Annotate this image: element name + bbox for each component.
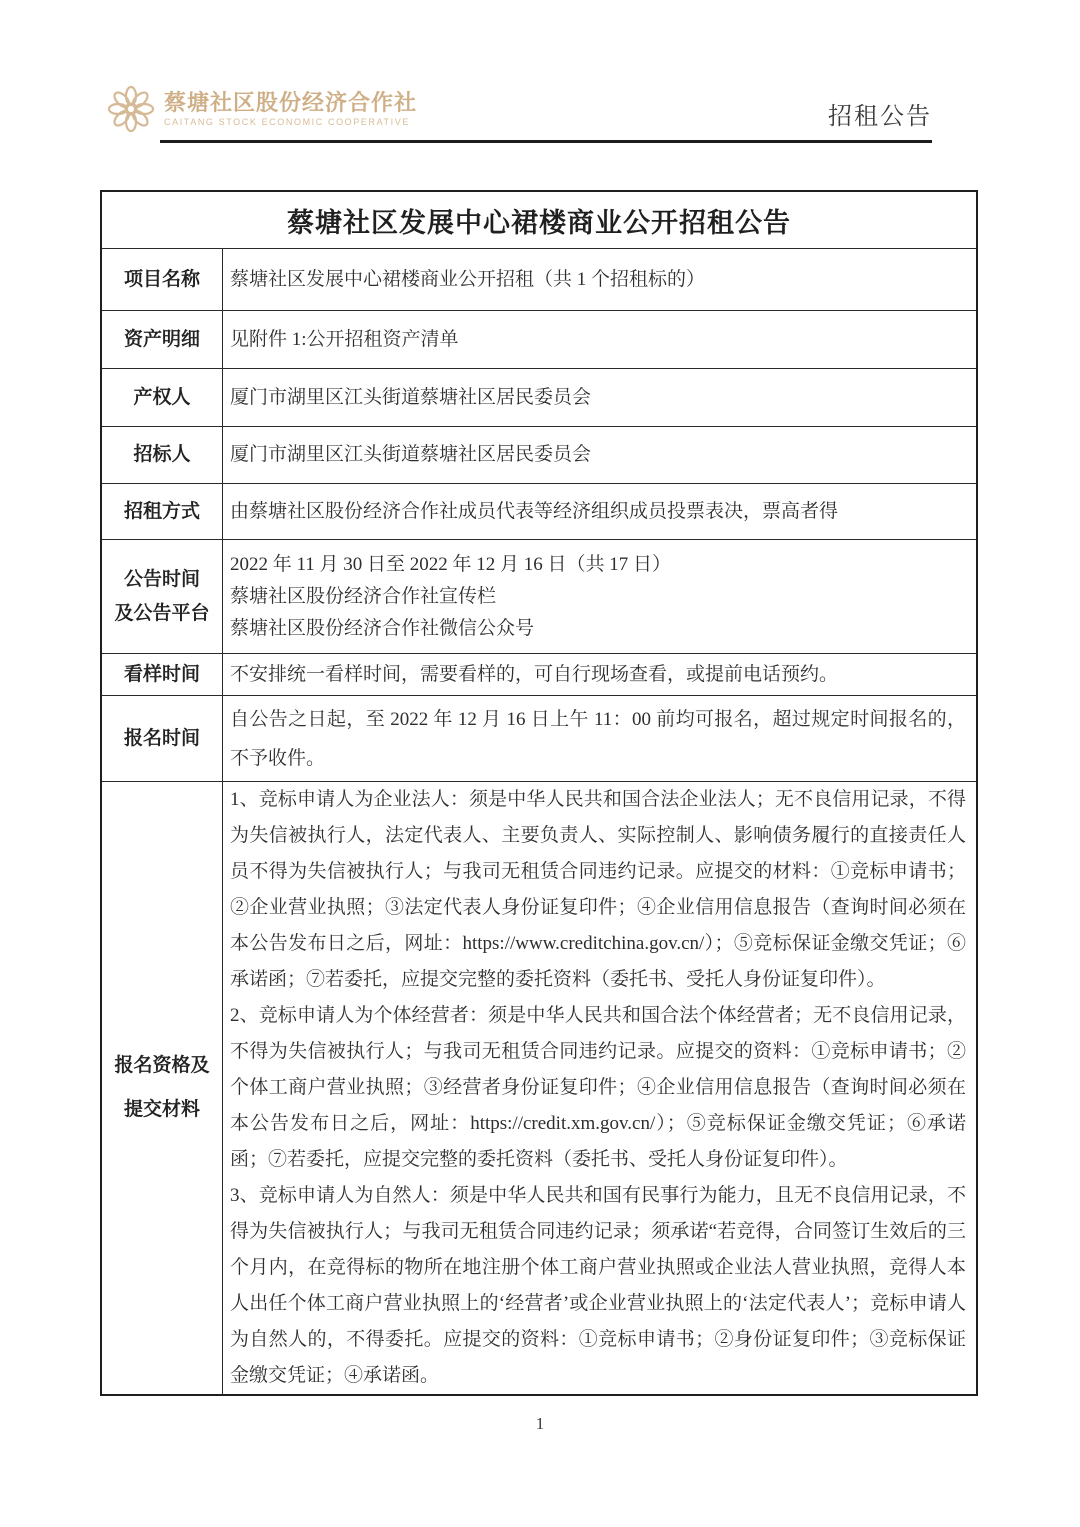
table-row-project-name: 项目名称 蔡塘社区发展中心裙楼商业公开招租（共 1 个招租标的）: [102, 248, 976, 310]
logo-name-en: CAITANG STOCK ECONOMIC COOPERATIVE: [164, 116, 417, 129]
table-row-qualification-materials: 报名资格及 提交材料 1、竞标申请人为企业法人：须是中华人民共和国合法企业法人；…: [102, 781, 976, 1394]
content-paragraph-natural-person: 3、竞标申请人为自然人：须是中华人民共和国有民事行为能力，且无不良信用记录，不得…: [230, 1178, 966, 1394]
content-paragraph-individual-business: 2、竞标申请人为个体经营者：须是中华人民共和国合法个体经营者；无不良信用记录，不…: [230, 998, 966, 1178]
logo-name-cn: 蔡塘社区股份经济合作社: [164, 90, 417, 116]
row-content: 自公告之日起，至 2022 年 12 月 16 日上午 11：00 前均可报名，…: [223, 696, 976, 781]
row-label: 看样时间: [102, 654, 223, 695]
row-label: 资产明细: [102, 311, 223, 368]
header-divider: [160, 140, 932, 143]
content-line: 2022 年 11 月 30 日至 2022 年 12 月 16 日（共 17 …: [230, 549, 966, 581]
table-row-asset-detail: 资产明细 见附件 1:公开招租资产清单: [102, 310, 976, 368]
page-header: 蔡塘社区股份经济合作社 CAITANG STOCK ECONOMIC COOPE…: [0, 0, 1080, 160]
row-content: 厦门市湖里区江头街道蔡塘社区居民委员会: [223, 369, 976, 426]
row-content: 蔡塘社区发展中心裙楼商业公开招租（共 1 个招租标的）: [223, 249, 976, 310]
row-label-line: 及公告平台: [114, 597, 209, 631]
content-line: 蔡塘社区股份经济合作社微信公众号: [230, 613, 966, 645]
row-label: 公告时间 及公告平台: [102, 540, 223, 653]
row-label-line: 报名资格及: [114, 1044, 209, 1088]
table-row-tenderer: 招标人 厦门市湖里区江头街道蔡塘社区居民委员会: [102, 426, 976, 483]
content-line: 不安排统一看样时间，需要看样的，可自行现场查看，或提前电话预约。: [230, 659, 966, 691]
row-label-line: 提交材料: [124, 1088, 200, 1132]
content-line: 蔡塘社区发展中心裙楼商业公开招租（共 1 个招租标的）: [230, 264, 966, 296]
doc-type-label: 招租公告: [828, 96, 932, 131]
logo-text: 蔡塘社区股份经济合作社 CAITANG STOCK ECONOMIC COOPE…: [164, 90, 417, 129]
table-title: 蔡塘社区发展中心裙楼商业公开招租公告: [102, 192, 976, 248]
row-content: 见附件 1:公开招租资产清单: [223, 311, 976, 368]
row-content: 不安排统一看样时间，需要看样的，可自行现场查看，或提前电话预约。: [223, 654, 976, 695]
row-label: 招标人: [102, 427, 223, 483]
row-label: 产权人: [102, 369, 223, 426]
content-line: 厦门市湖里区江头街道蔡塘社区居民委员会: [230, 382, 966, 414]
content-line: 由蔡塘社区股份经济合作社成员代表等经济组织成员投票表决，票高者得: [230, 496, 966, 528]
row-label: 报名资格及 提交材料: [102, 782, 223, 1394]
content-paragraph-enterprise: 1、竞标申请人为企业法人：须是中华人民共和国合法企业法人；无不良信用记录，不得为…: [230, 782, 966, 998]
row-content: 由蔡塘社区股份经济合作社成员代表等经济组织成员投票表决，票高者得: [223, 484, 976, 539]
table-row-registration-time: 报名时间 自公告之日起，至 2022 年 12 月 16 日上午 11：00 前…: [102, 695, 976, 781]
row-content: 厦门市湖里区江头街道蔡塘社区居民委员会: [223, 427, 976, 483]
table-row-rental-method: 招租方式 由蔡塘社区股份经济合作社成员代表等经济组织成员投票表决，票高者得: [102, 483, 976, 539]
content-line: 蔡塘社区股份经济合作社宣传栏: [230, 581, 966, 613]
row-label: 项目名称: [102, 249, 223, 310]
content-paragraph: 自公告之日起，至 2022 年 12 月 16 日上午 11：00 前均可报名，…: [230, 700, 966, 778]
document-page: 蔡塘社区股份经济合作社 CAITANG STOCK ECONOMIC COOPE…: [0, 0, 1080, 1527]
announcement-table: 蔡塘社区发展中心裙楼商业公开招租公告 项目名称 蔡塘社区发展中心裙楼商业公开招租…: [100, 190, 978, 1396]
logo: 蔡塘社区股份经济合作社 CAITANG STOCK ECONOMIC COOPE…: [106, 84, 417, 134]
table-row-viewing-time: 看样时间 不安排统一看样时间，需要看样的，可自行现场查看，或提前电话预约。: [102, 653, 976, 695]
row-content: 1、竞标申请人为企业法人：须是中华人民共和国合法企业法人；无不良信用记录，不得为…: [223, 782, 976, 1394]
row-label: 招租方式: [102, 484, 223, 539]
footer-page-number: 1: [0, 1414, 1080, 1434]
table-row-announcement-period: 公告时间 及公告平台 2022 年 11 月 30 日至 2022 年 12 月…: [102, 539, 976, 653]
row-label: 报名时间: [102, 696, 223, 781]
table-row-property-owner: 产权人 厦门市湖里区江头街道蔡塘社区居民委员会: [102, 368, 976, 426]
content-line: 见附件 1:公开招租资产清单: [230, 324, 966, 356]
row-content: 2022 年 11 月 30 日至 2022 年 12 月 16 日（共 17 …: [223, 540, 976, 653]
flower-emblem-icon: [106, 84, 156, 134]
row-label-line: 公告时间: [124, 563, 200, 597]
content-line: 厦门市湖里区江头街道蔡塘社区居民委员会: [230, 439, 966, 471]
